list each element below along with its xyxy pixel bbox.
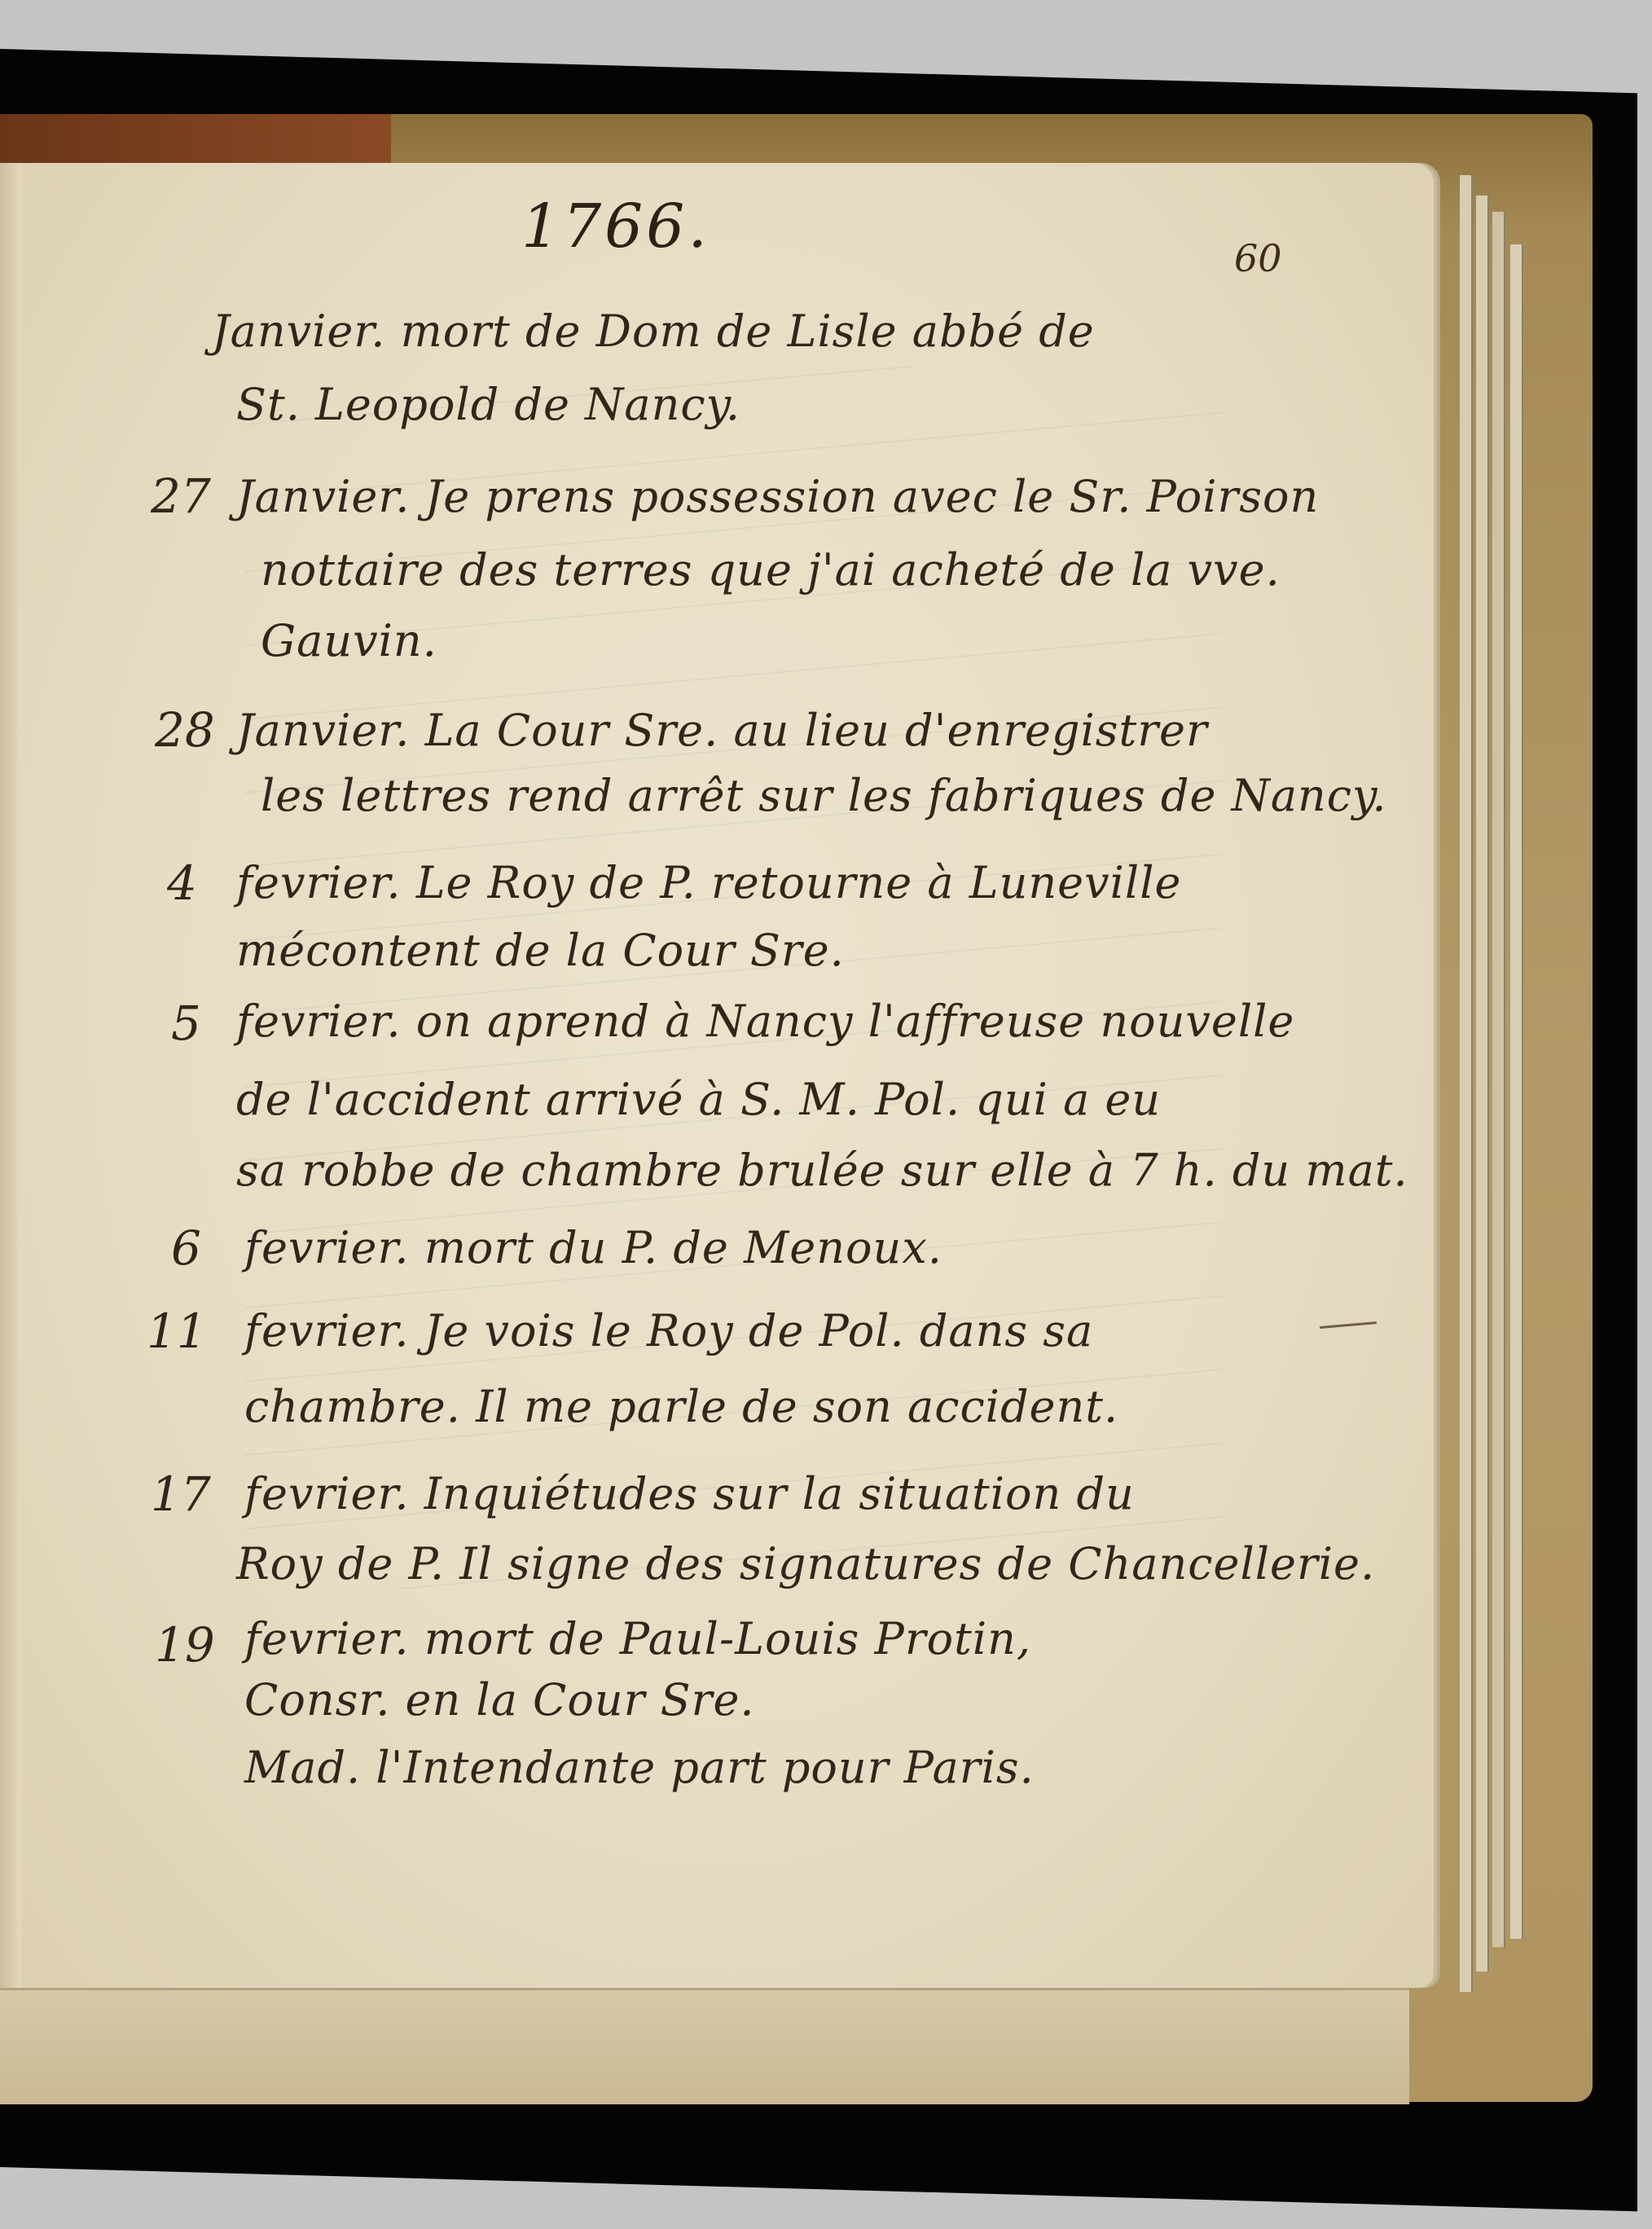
entry-line: fevrier. mort du P. de Menoux. xyxy=(244,1222,942,1273)
entry-day: 27 xyxy=(151,468,211,524)
entry-day: 11 xyxy=(147,1304,207,1359)
page-edge xyxy=(1476,196,1489,1972)
entry-line: fevrier. Le Roy de P. retourne à Lunevil… xyxy=(236,857,1181,908)
entry-line: nottaire des terres que j'ai acheté de l… xyxy=(261,544,1281,596)
entry-day: 17 xyxy=(151,1466,211,1522)
entry-day: 4 xyxy=(167,855,197,911)
entry-day: 19 xyxy=(155,1617,215,1673)
entry-line: fevrier. Inquiétudes sur la situation du xyxy=(244,1468,1135,1519)
entry-line: St. Leopold de Nancy. xyxy=(236,379,740,430)
entry-day: 6 xyxy=(171,1220,201,1276)
entry-day: 28 xyxy=(155,702,215,758)
entry-line: fevrier. Je vois le Roy de Pol. dans sa xyxy=(244,1305,1093,1356)
page-edge xyxy=(1460,175,1473,1992)
entry-line: Janvier. mort de Dom de Lisle abbé de xyxy=(212,306,1095,357)
gutter-shadow xyxy=(0,163,21,1988)
entry-line: Janvier. Je prens possession avec le Sr.… xyxy=(236,471,1319,522)
year-heading: 1766. xyxy=(521,191,710,262)
lower-page-edges xyxy=(0,1988,1409,2104)
entry-line: sa robbe de chambre brulée sur elle à 7 … xyxy=(236,1145,1408,1196)
entry-line: Gauvin. xyxy=(261,615,437,666)
entry-line: de l'accident arrivé à S. M. Pol. qui a … xyxy=(236,1074,1161,1125)
entry-line: Roy de P. Il signe des signatures de Cha… xyxy=(236,1538,1375,1589)
page-edge xyxy=(1510,244,1523,1939)
folio-number: 60 xyxy=(1234,236,1282,280)
entry-line: Consr. en la Cour Sre. xyxy=(244,1674,755,1726)
entry-line: les lettres rend arrêt sur les fabriques… xyxy=(261,770,1387,821)
entry-line: Janvier. La Cour Sre. au lieu d'enregist… xyxy=(236,705,1208,756)
entry-line: mécontent de la Cour Sre. xyxy=(236,925,845,976)
page-edge xyxy=(1492,212,1505,1947)
entry-day: 5 xyxy=(171,996,201,1051)
entry-line: Mad. l'Intendante part pour Paris. xyxy=(244,1742,1035,1793)
entry-line: fevrier. mort de Paul-Louis Protin, xyxy=(244,1613,1031,1664)
entry-line: chambre. Il me parle de son accident. xyxy=(244,1381,1118,1432)
entry-line: fevrier. on aprend à Nancy l'affreuse no… xyxy=(236,996,1294,1047)
